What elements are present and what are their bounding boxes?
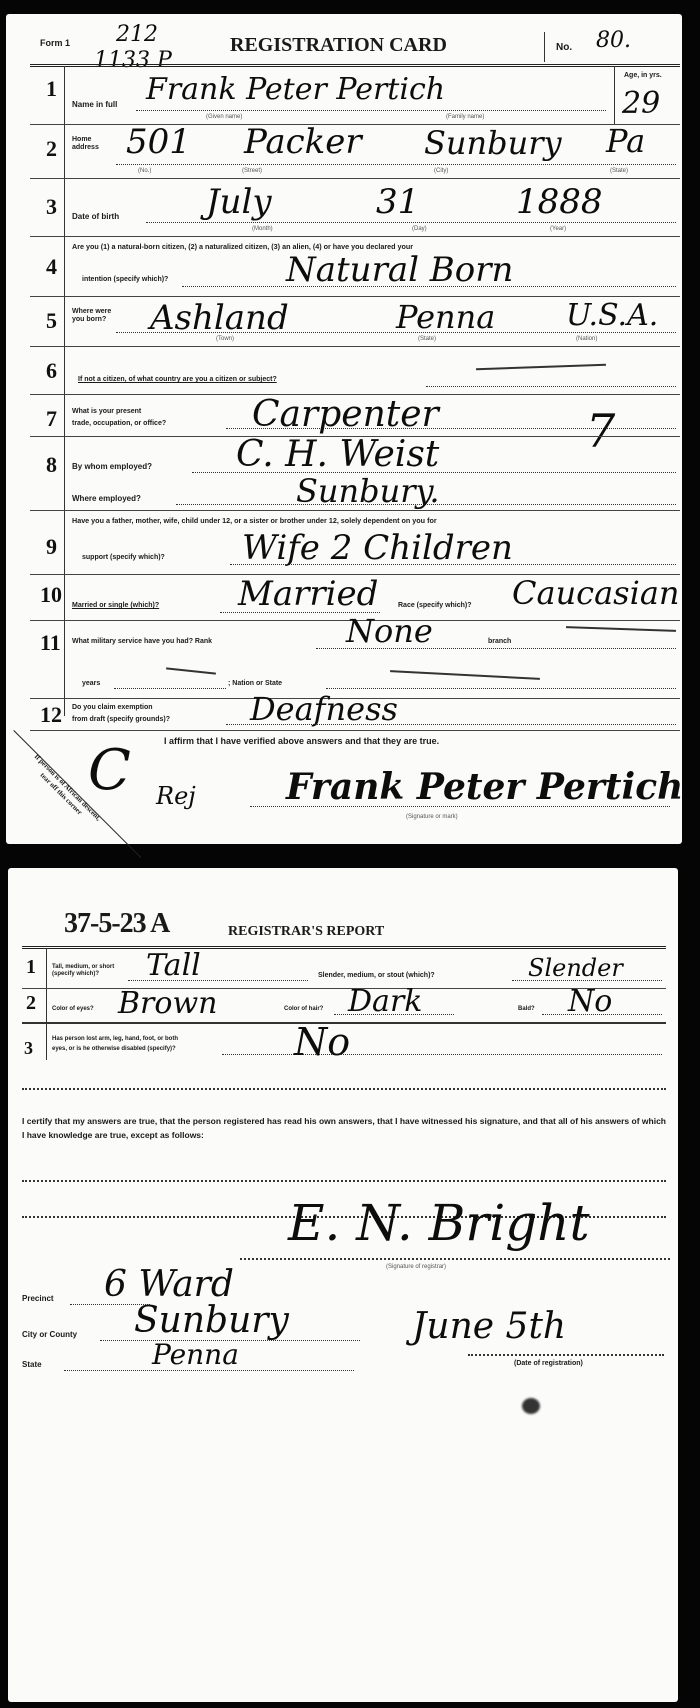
- employer-value: C. H. Weist: [236, 434, 439, 475]
- disability-value: No: [294, 1020, 350, 1064]
- ink-blot: [522, 1398, 540, 1414]
- name-label: Name in full: [72, 100, 117, 109]
- address-street: Packer: [244, 122, 362, 162]
- report-title: REGISTRAR'S REPORT: [228, 924, 384, 940]
- race-label: Race (specify which)?: [398, 602, 472, 609]
- birthplace-label: Where were you born?: [72, 308, 112, 324]
- card-title: REGISTRATION CARD: [230, 34, 447, 57]
- report-stamp: 37-5-23 A: [64, 908, 169, 940]
- exemption-value: Deafness: [250, 690, 398, 728]
- registrars-report-card: 37-5-23 A REGISTRAR'S REPORT 1 Tall, med…: [8, 868, 678, 1702]
- dob-year: 1888: [516, 182, 603, 222]
- registration-card: Form 1 212 1133 P REGISTRATION CARD No. …: [6, 14, 682, 844]
- signature-label: (Signature or mark): [406, 814, 458, 820]
- employer-label: By whom employed?: [72, 462, 152, 471]
- dependents-label: Have you a father, mother, wife, child u…: [72, 516, 437, 525]
- age-value: 29: [622, 86, 660, 121]
- handwritten-form-number: 212: [116, 22, 158, 47]
- hair-color-value: Dark: [348, 984, 422, 1019]
- registrant-signature: Frank Peter Pertich: [286, 766, 683, 808]
- race-value: Caucasian: [512, 574, 680, 612]
- bald-value: No: [568, 984, 612, 1019]
- affirmation-text: I affirm that I have verified above answ…: [164, 736, 439, 746]
- address-number: 501: [126, 122, 191, 162]
- blank-dash: [476, 364, 606, 371]
- header-rule: [30, 64, 680, 67]
- build-value: Slender: [528, 954, 623, 982]
- dob-label: Date of birth: [72, 212, 119, 221]
- city-value: Sunbury: [134, 1300, 289, 1341]
- height-label: Tall, medium, or short (specify which)?: [52, 964, 122, 978]
- state-value: Penna: [152, 1338, 239, 1371]
- precinct-value: 6 Ward: [104, 1264, 234, 1305]
- home-address-label: Home address: [72, 136, 108, 152]
- occupation-label: What is your present: [72, 408, 141, 415]
- number-label: No.: [556, 42, 572, 53]
- address-state: Pa: [606, 122, 645, 160]
- divider: [544, 32, 545, 62]
- number-column-rule: [64, 66, 65, 716]
- card-number: 80.: [596, 28, 631, 53]
- registrar-signature-label: (Signature of registrar): [386, 1264, 446, 1270]
- military-label: What military service have you had? Rank: [72, 638, 212, 645]
- name-value: Frank Peter Pertich: [146, 72, 445, 107]
- address-city: Sunbury: [424, 124, 562, 162]
- certification-text: I certify that my answers are true, that…: [22, 1114, 666, 1142]
- marital-value: Married: [238, 574, 378, 614]
- birthplace-state: Penna: [396, 298, 495, 336]
- margin-mark-c: C: [88, 738, 131, 803]
- disability-label: Has person lost arm, leg, hand, foot, or…: [52, 1036, 178, 1042]
- birthplace-town: Ashland: [150, 298, 289, 338]
- dob-day: 31: [376, 182, 419, 222]
- dob-month: July: [206, 182, 272, 222]
- dependents-value: Wife 2 Children: [242, 528, 513, 568]
- registrar-signature: E. N. Bright: [288, 1194, 590, 1252]
- occupation-value: Carpenter: [252, 394, 439, 435]
- form-label: Form 1: [40, 38, 70, 48]
- eye-color-label: Color of eyes?: [52, 1006, 94, 1012]
- margin-mark-rej: Rej: [156, 782, 196, 810]
- hair-color-label: Color of hair?: [284, 1006, 323, 1012]
- city-label: City or County: [22, 1330, 77, 1339]
- foreign-citizen-label: If not a citizen, of what country are yo…: [78, 376, 277, 383]
- precinct-label: Precinct: [22, 1294, 54, 1303]
- employment-location-value: Sunbury.: [296, 472, 440, 510]
- registration-date-label: (Date of registration): [514, 1360, 583, 1367]
- marital-label: Married or single (which)?: [72, 602, 159, 609]
- state-label: State: [22, 1360, 42, 1369]
- employment-location-label: Where employed?: [72, 494, 141, 503]
- bald-label: Bald?: [518, 1006, 535, 1012]
- age-label: Age, in yrs.: [624, 72, 662, 79]
- height-value: Tall: [146, 948, 201, 983]
- build-label: Slender, medium, or stout (which)?: [318, 972, 435, 979]
- margin-mark-seven: 7: [586, 404, 615, 458]
- handwritten-serial: 1133 P: [94, 48, 172, 73]
- citizenship-value: Natural Born: [286, 250, 513, 290]
- registration-date-value: June 5th: [412, 1306, 566, 1347]
- military-value: None: [346, 612, 433, 650]
- eye-color-value: Brown: [118, 986, 217, 1021]
- exemption-label: Do you claim exemption: [72, 704, 153, 711]
- birthplace-nation: U.S.A.: [566, 298, 658, 333]
